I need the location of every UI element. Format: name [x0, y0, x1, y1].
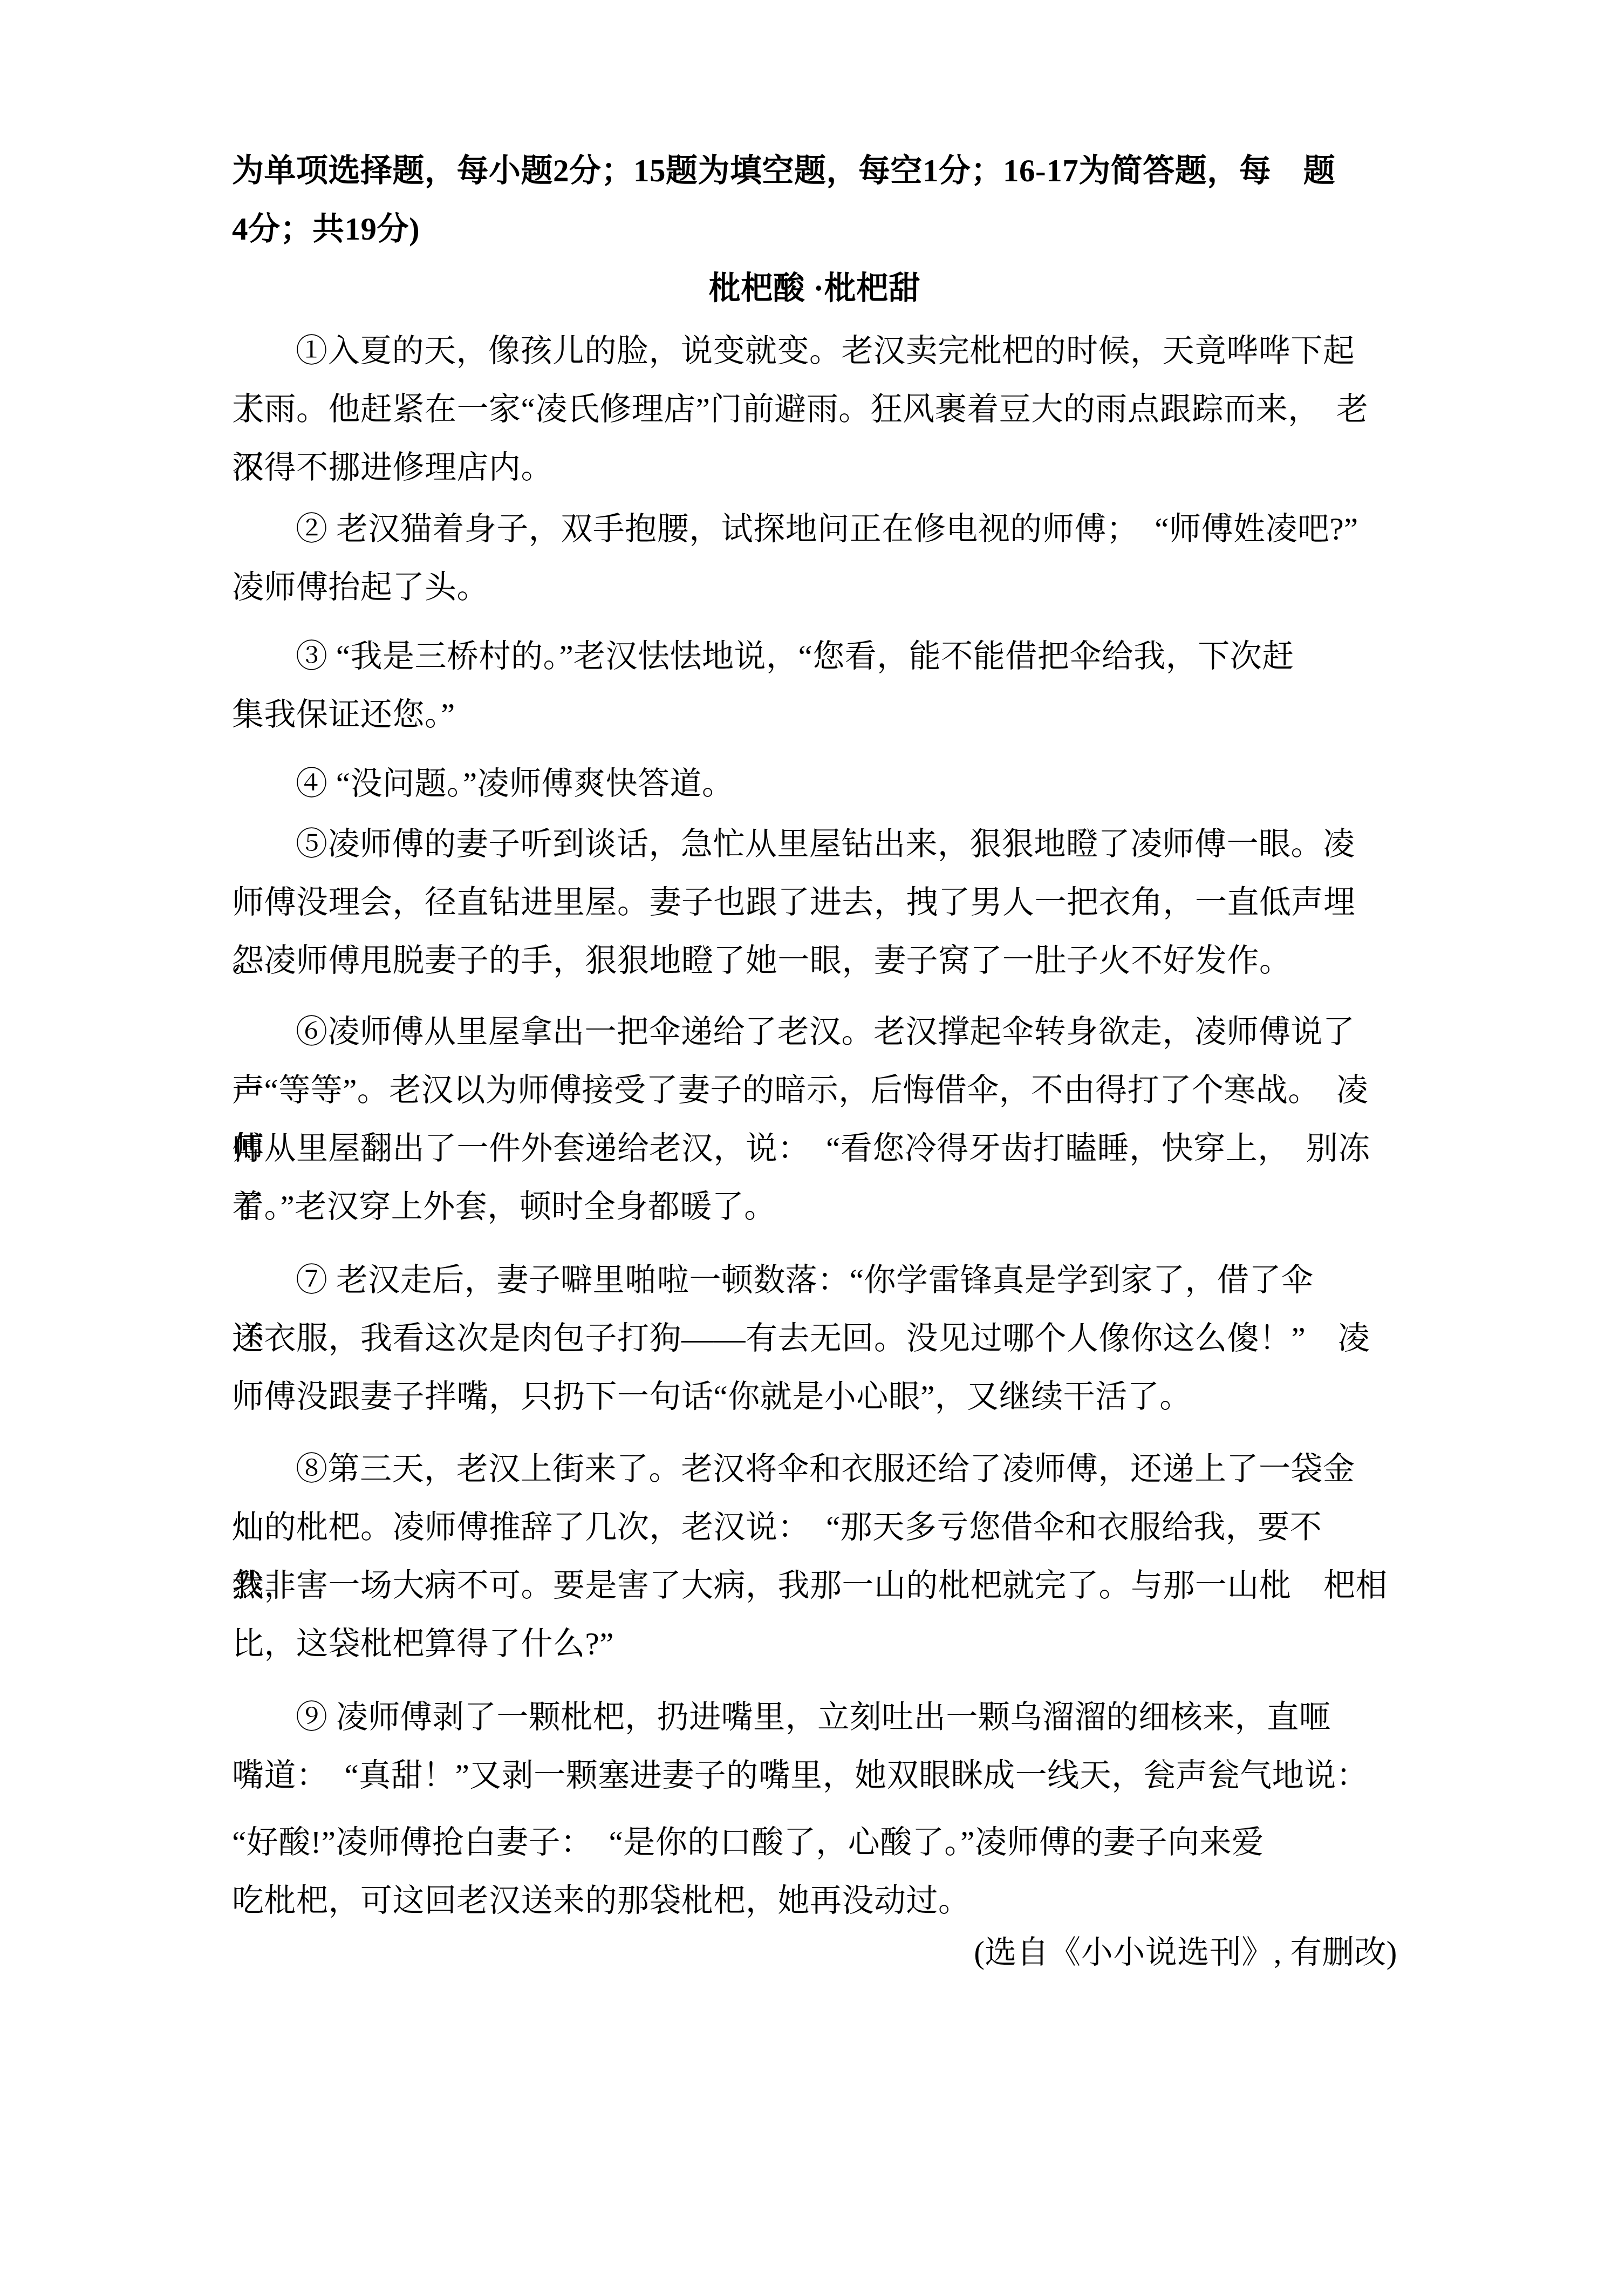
- text-line: 声“等等”。老汉以为师傅接受了妻子的暗示，后悔借伞，不由得打了个寒战。 凌师: [232, 1061, 1397, 1119]
- paragraph-2: ② 老汉猫着身子，双手抱腰，试探地问正在修电视的师傅； “师傅姓凌吧?” 凌师傅…: [232, 500, 1397, 616]
- text-line: ⑤凌师傅的妻子听到谈话，急忙从里屋钻出来，狠狠地瞪了凌师傅一眼。凌: [232, 815, 1397, 873]
- text-line: ①入夏的天，像孩儿的脸，说变就变。老汉卖完枇杷的时候，天竟哗哗下起 了: [232, 322, 1397, 380]
- text-line: “好酸!”凌师傅抢白妻子： “是你的口酸了，心酸了。”凌师傅的妻子向来爱: [232, 1813, 1397, 1871]
- text-line: ③ “我是三桥村的。”老汉怯怯地说，“您看，能不能借把伞给我，下次赶: [232, 627, 1397, 685]
- text-line: 比，这袋枇杷算得了什么?”: [232, 1614, 1397, 1673]
- text-line: 集我保证还您。”: [232, 685, 1397, 744]
- text-line: 了。”老汉穿上外套，顿时全身都暖了。: [232, 1177, 1397, 1236]
- text-line: ⑥凌师傅从里屋拿出一把伞递给了老汉。老汉撑起伞转身欲走，凌师傅说了 一: [232, 1003, 1397, 1061]
- text-line: 嘴道： “真甜！”又剥一颗塞进妻子的嘴里，她双眼眯成一线天，瓮声瓮气地说：: [232, 1746, 1397, 1804]
- paragraph-3: ③ “我是三桥村的。”老汉怯怯地说，“您看，能不能借把伞给我，下次赶 集我保证还…: [232, 627, 1397, 744]
- paragraph-4: ④ “没问题。”凌师傅爽快答道。: [232, 754, 1397, 813]
- paragraph-7: ⑦ 老汉走后，妻子噼里啪啦一顿数落：“你学雷锋真是学到家了，借了伞 还 送衣服，…: [232, 1251, 1397, 1426]
- paragraph-6: ⑥凌师傅从里屋拿出一把伞递给了老汉。老汉撑起伞转身欲走，凌师傅说了 一 声“等等…: [232, 1003, 1397, 1236]
- text-line: 我非害一场大病不可。要是害了大病，我那一山的枇杷就完了。与那一山枇 杷相: [232, 1556, 1397, 1614]
- article-title: 枇杷酸 ·枇杷甜: [232, 259, 1397, 317]
- paragraph-1: ①入夏的天，像孩儿的脸，说变就变。老汉卖完枇杷的时候，天竟哗哗下起 了 大雨。他…: [232, 322, 1397, 496]
- text-line: 灿的枇杷。凌师傅推辞了几次，老汉说： “那天多亏您借伞和衣服给我，要不 然，: [232, 1498, 1397, 1556]
- text-line: ⑦ 老汉走后，妻子噼里啪啦一顿数落：“你学雷锋真是学到家了，借了伞 还: [232, 1251, 1397, 1309]
- paragraph-10: “好酸!”凌师傅抢白妻子： “是你的口酸了，心酸了。”凌师傅的妻子向来爱 吃枇杷…: [232, 1813, 1397, 1930]
- paragraph-9: ⑨ 凌师傅剥了一颗枇杷，扔进嘴里，立刻吐出一颗乌溜溜的细核来，直咂 嘴道： “真…: [232, 1688, 1397, 1804]
- header-line: 4分；共19分): [232, 200, 1397, 258]
- header-paragraph: 为单项选择题，每小题2分；15题为填空题，每空1分；16-17为简答题，每 题 …: [232, 141, 1397, 258]
- text-line: 。凌师傅甩脱妻子的手，狠狠地瞪了她一眼，妻子窝了一肚子火不好发作。: [232, 931, 1397, 990]
- text-line: 大雨。他赶紧在一家“凌氏修理店”门前避雨。狂风裹着豆大的雨点跟踪而来， 老汉: [232, 380, 1397, 438]
- text-line: ② 老汉猫着身子，双手抱腰，试探地问正在修电视的师傅； “师傅姓凌吧?”: [232, 500, 1397, 558]
- text-line: ⑨ 凌师傅剥了一颗枇杷，扔进嘴里，立刻吐出一颗乌溜溜的细核来，直咂: [232, 1688, 1397, 1746]
- text-line: 师傅没跟妻子拌嘴，只扔下一句话“你就是小心眼”，又继续干活了。: [232, 1367, 1397, 1426]
- document-page: { "header": { "lines": [ "为单项选择题，每小题2分；1…: [0, 0, 1605, 2296]
- paragraph-8: ⑧第三天，老汉上街来了。老汉将伞和衣服还给了凌师傅，还递上了一袋金 灿 灿的枇杷…: [232, 1440, 1397, 1673]
- text-line: 不得不挪进修理店内。: [232, 438, 1397, 496]
- source-attribution: (选自《小小说选刊》, 有删改): [232, 1923, 1397, 1981]
- text-line: 送衣服，我看这次是肉包子打狗——有去无回。没见过哪个人像你这么傻！” 凌: [232, 1309, 1397, 1367]
- text-column: 为单项选择题，每小题2分；15题为填空题，每空1分；16-17为简答题，每 题 …: [232, 0, 1397, 1981]
- text-line: 傅从里屋翻出了一件外套递给老汉，说： “看您冷得牙齿打瞌睡，快穿上， 别冻着: [232, 1119, 1397, 1177]
- header-line: 为单项选择题，每小题2分；15题为填空题，每空1分；16-17为简答题，每 题: [232, 141, 1397, 200]
- text-line: 吃枇杷，可这回老汉送来的那袋枇杷，她再没动过。: [232, 1871, 1397, 1930]
- text-line: ⑧第三天，老汉上街来了。老汉将伞和衣服还给了凌师傅，还递上了一袋金 灿: [232, 1440, 1397, 1498]
- text-line: ④ “没问题。”凌师傅爽快答道。: [232, 754, 1397, 813]
- text-line: 师傅没理会，径直钻进里屋。妻子也跟了进去，拽了男人一把衣角，一直低声埋 怨: [232, 873, 1397, 931]
- text-line: 凌师傅抬起了头。: [232, 558, 1397, 616]
- paragraph-5: ⑤凌师傅的妻子听到谈话，急忙从里屋钻出来，狠狠地瞪了凌师傅一眼。凌 师傅没理会，…: [232, 815, 1397, 990]
